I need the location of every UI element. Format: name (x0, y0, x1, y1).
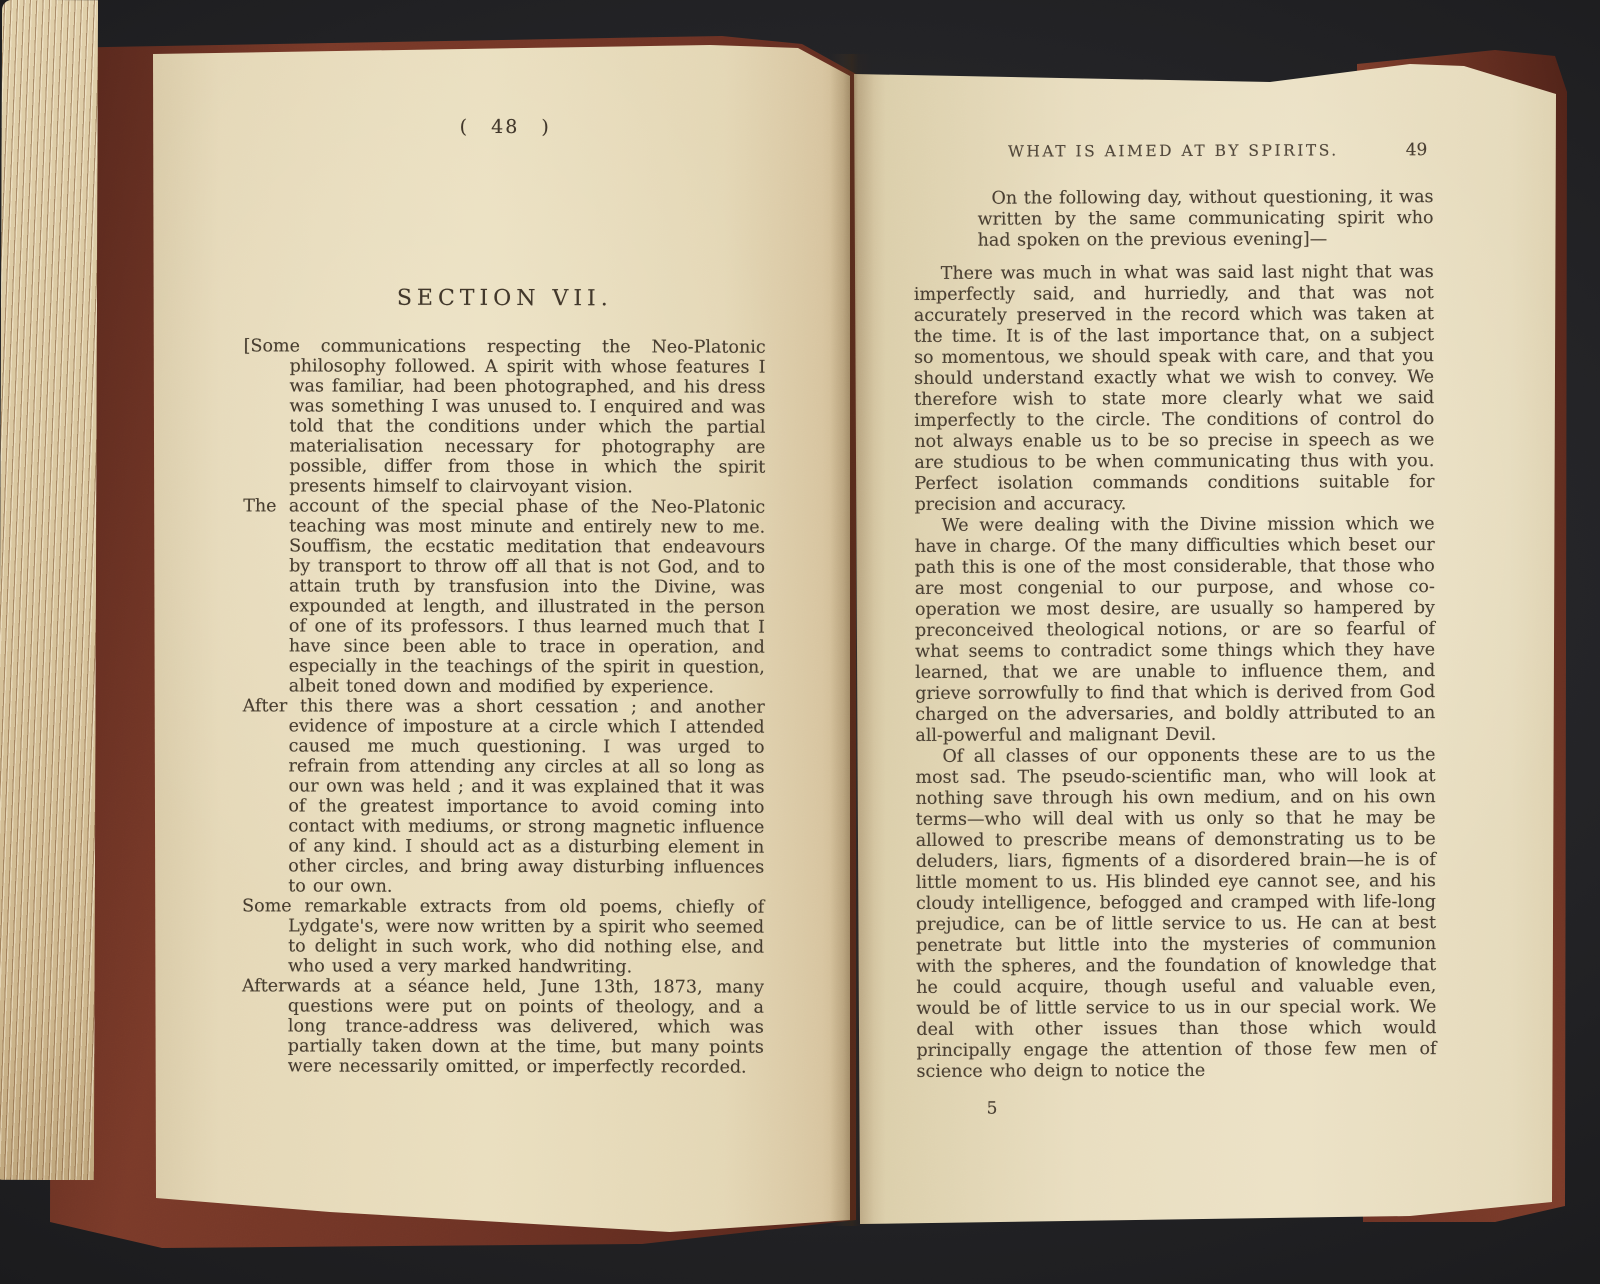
photo-background: ( 48 ) SECTION VII. [Some communications… (0, 0, 1600, 1284)
right-page-number: 49 (1406, 140, 1428, 160)
paragraph: [Some communications respecting the Neo-… (243, 336, 765, 497)
book-gutter-shadow (830, 54, 874, 1226)
paragraph: Of all classes of our opponents these ar… (915, 745, 1436, 1083)
paragraph: There was much in what was said last nig… (914, 262, 1435, 516)
running-header: WHAT IS AIMED AT BY SPIRITS. (1008, 141, 1339, 160)
paragraph: Afterwards at a séance held, June 13th, … (242, 976, 764, 1077)
paragraph: Some remarkable extracts from old poems,… (242, 896, 764, 977)
right-page-content: WHAT IS AIMED AT BY SPIRITS. 49 On the f… (913, 141, 1436, 1119)
left-page-number: ( 48 ) (244, 115, 766, 138)
book-page-edges (0, 0, 98, 1180)
running-header-row: WHAT IS AIMED AT BY SPIRITS. 49 (913, 141, 1433, 161)
paragraph: We were dealing with the Divine mission … (915, 514, 1436, 747)
paragraph: The account of the special phase of the … (243, 496, 766, 697)
section-heading: SECTION VII. (244, 285, 766, 311)
paragraph: After this there was a short cessation ;… (242, 696, 765, 897)
right-page-body: There was much in what was said last nig… (914, 262, 1437, 1083)
left-page-body: [Some communications respecting the Neo-… (242, 336, 766, 1077)
left-page-content: ( 48 ) SECTION VII. [Some communications… (242, 115, 767, 1077)
signature-mark: 5 (917, 1097, 1437, 1119)
opening-note: On the following day, without questionin… (977, 187, 1433, 252)
